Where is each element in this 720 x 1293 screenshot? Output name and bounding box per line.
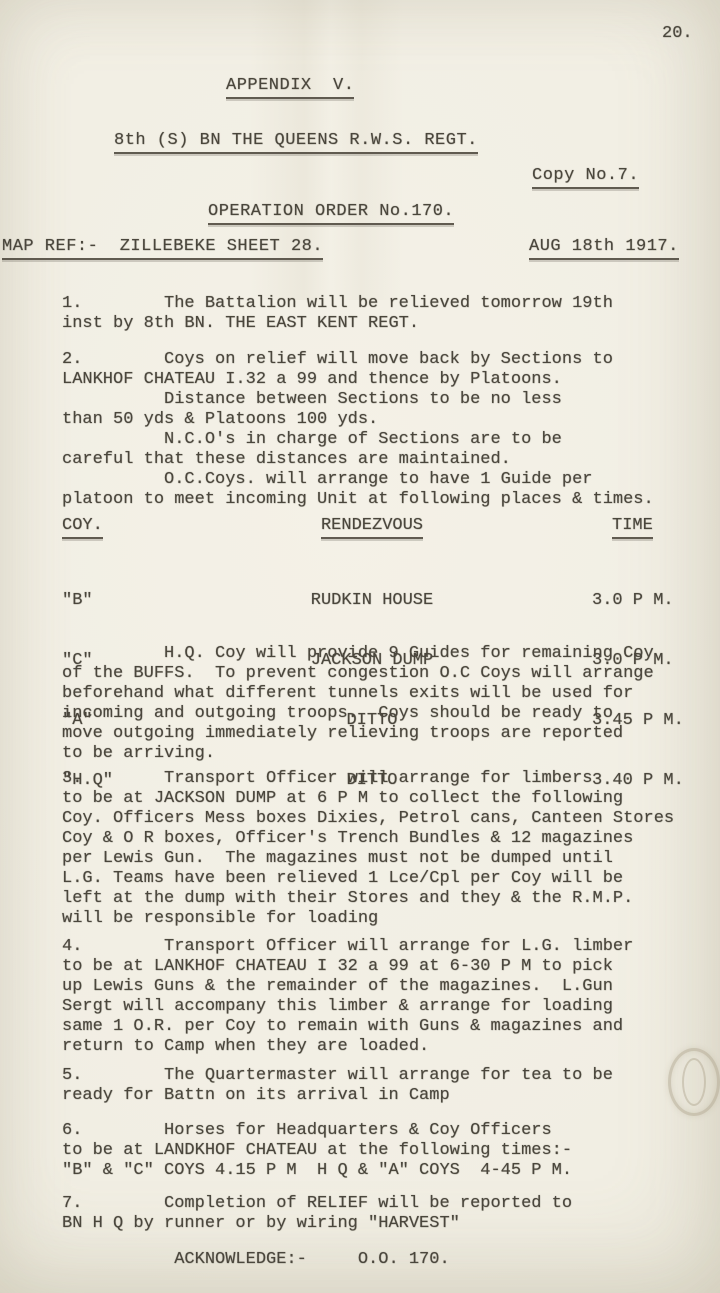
paragraph-1: 1. The Battalion will be relieved tomorr…: [62, 294, 613, 334]
order-date-text: AUG 18th 1917.: [529, 237, 679, 260]
paragraph-7: 7. Completion of RELIEF will be reported…: [62, 1194, 572, 1234]
document-page: 20. APPENDIX V. 8th (S) BN THE QUEENS R.…: [0, 0, 720, 1293]
cell-rendezvous: RUDKIN HOUSE: [212, 591, 532, 611]
table-row: "B" RUDKIN HOUSE 3.0 P M.: [62, 591, 684, 611]
table-header-rendezvous: RENDEZVOUS: [212, 516, 532, 539]
embossed-seal: [668, 1048, 720, 1116]
page-number: 20.: [662, 24, 693, 44]
paragraph-3: 3. Transport Officer will arrange for li…: [62, 769, 674, 929]
paragraph-4: 4. Transport Officer will arrange for L.…: [62, 937, 633, 1057]
unit-title: 8th (S) BN THE QUEENS R.W.S. REGT.: [114, 131, 478, 154]
table-header-time-text: TIME: [612, 516, 653, 539]
unit-title-text: 8th (S) BN THE QUEENS R.W.S. REGT.: [114, 131, 478, 154]
operation-order-title-text: OPERATION ORDER No.170.: [208, 202, 454, 225]
paragraph-6: 6. Horses for Headquarters & Coy Officer…: [62, 1121, 572, 1181]
cell-coy: "B": [62, 591, 212, 611]
copy-number-text: Copy No.7.: [532, 166, 639, 189]
paragraph-2: 2. Coys on relief will move back by Sect…: [62, 350, 654, 510]
appendix-title: APPENDIX V.: [226, 76, 354, 99]
paragraph-5: 5. The Quartermaster will arrange for te…: [62, 1066, 613, 1106]
acknowledge-line: ACKNOWLEDGE:- O.O. 170.: [62, 1250, 450, 1270]
operation-order-title: OPERATION ORDER No.170.: [208, 202, 454, 225]
cell-time: 3.0 P M.: [532, 591, 674, 611]
table-header-coy: COY.: [62, 516, 212, 539]
order-date: AUG 18th 1917.: [529, 237, 679, 260]
appendix-title-text: APPENDIX V.: [226, 76, 354, 99]
table-header-rendezvous-text: RENDEZVOUS: [321, 516, 423, 539]
rendezvous-table-header: COY. RENDEZVOUS TIME: [62, 516, 653, 539]
map-reference: MAP REF:- ZILLEBEKE SHEET 28.: [2, 237, 323, 260]
hq-guides-paragraph: H.Q. Coy will provide 9 Guides for remai…: [62, 644, 654, 764]
table-header-time: TIME: [532, 516, 653, 539]
table-header-coy-text: COY.: [62, 516, 103, 539]
embossed-seal-inner: [682, 1058, 706, 1106]
copy-number: Copy No.7.: [532, 166, 639, 189]
map-reference-text: MAP REF:- ZILLEBEKE SHEET 28.: [2, 237, 323, 260]
